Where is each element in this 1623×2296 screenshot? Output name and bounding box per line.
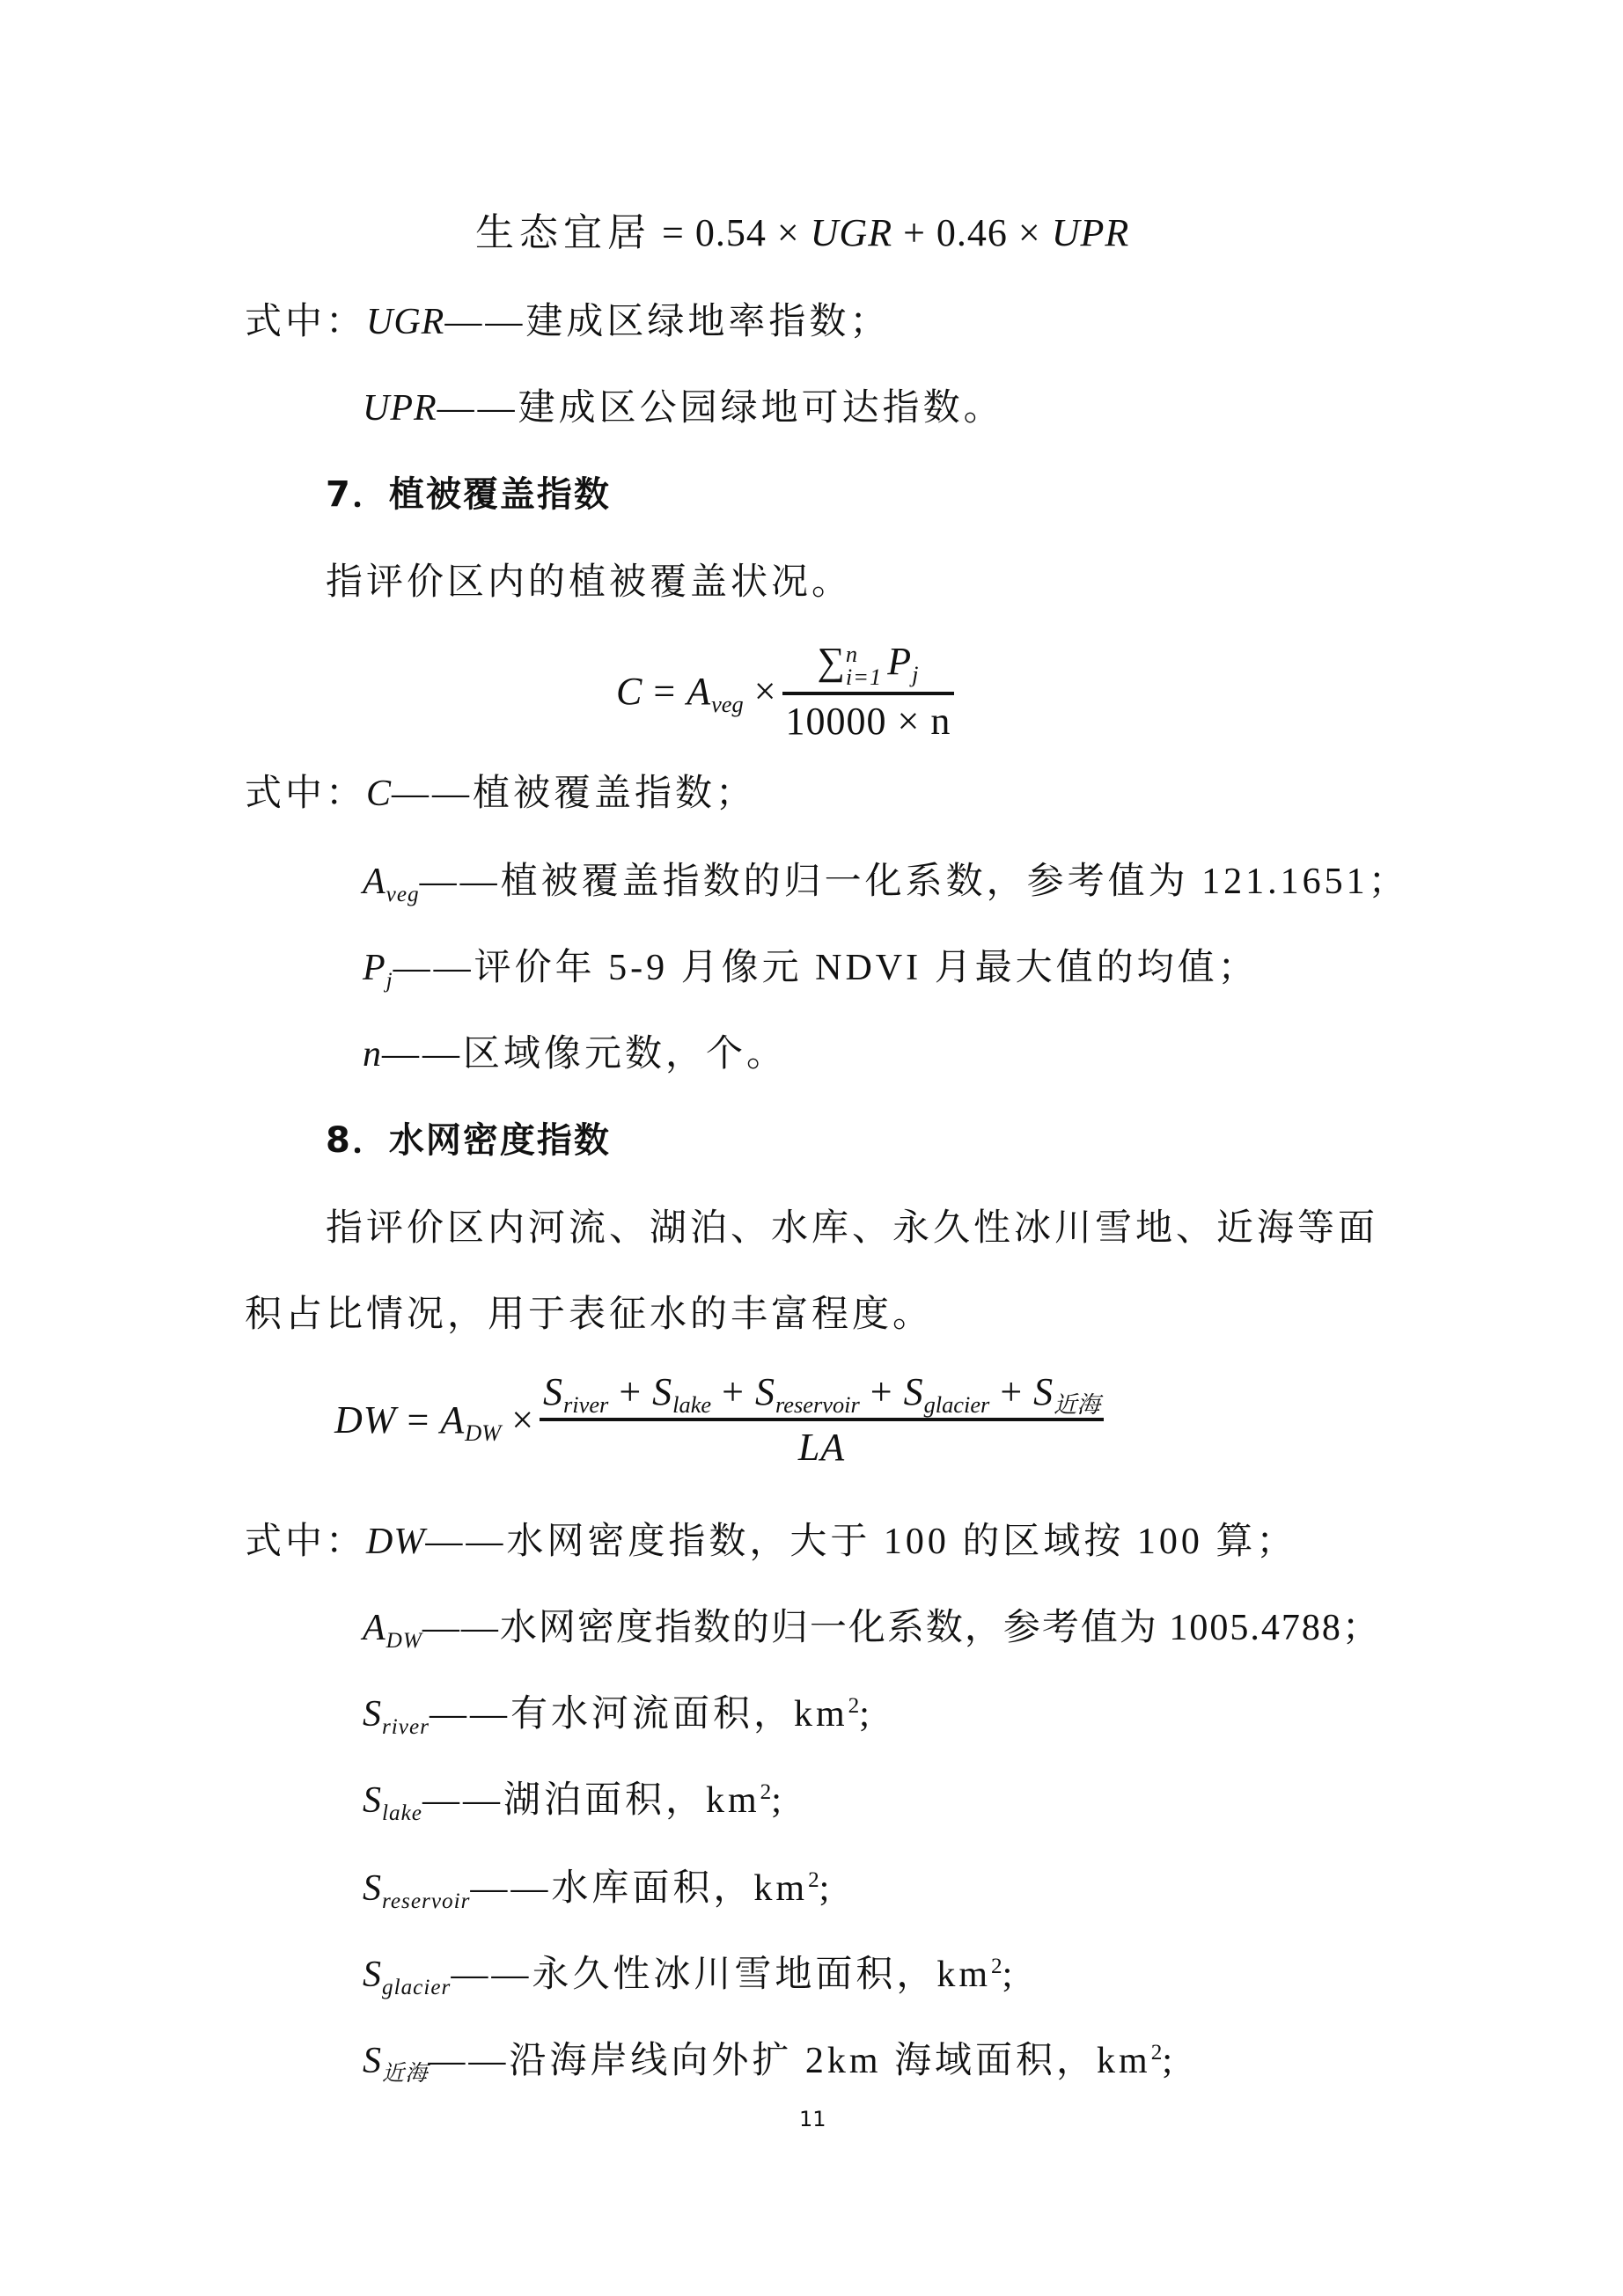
section-8-def-sreservoir: Sreservoir——水库面积，km2; (363, 1864, 833, 1913)
section-7-def-c: 式中：C——植被覆盖指数； (245, 769, 756, 818)
section-7-def-n: n——区域像元数，个。 (363, 1030, 787, 1079)
section-8-def-dw: 式中：DW——水网密度指数，大于 100 的区域按 100 算； (245, 1517, 1296, 1566)
vegetation-fraction: ∑ni=1Pj 10000 × n (782, 639, 955, 744)
document-page: 生态宜居 = 0.54 × UGR + 0.46 × UPR 式中：UGR——建… (0, 0, 1623, 2296)
section-7-desc: 指评价区内的植被覆盖状况。 (326, 558, 852, 607)
water-fraction: Sriver + Slake + Sreservoir + Sglacier +… (540, 1369, 1104, 1470)
section-8-def-sriver: Sriver——有水河流面积，km2; (363, 1690, 873, 1739)
section-7-heading: 7．植被覆盖指数 (326, 470, 611, 519)
formula-eco-livable: 生态宜居 = 0.54 × UGR + 0.46 × UPR (475, 201, 1129, 257)
section-8-desc-line1: 指评价区内河流、湖泊、水库、永久性冰川雪地、近海等面 (326, 1204, 1378, 1253)
formula-lhs: 生态宜居 (475, 211, 651, 254)
eco-def-ugr: 式中：UGR——建成区绿地率指数； (245, 297, 890, 347)
eco-def-upr: UPR——建成区公园绿地可达指数。 (363, 384, 1004, 433)
section-8-def-adw: ADW——水网密度指数的归一化系数，参考值为 1005.4788； (363, 1603, 1381, 1653)
section-8-desc-line2: 积占比情况，用于表征水的丰富程度。 (245, 1290, 933, 1339)
section-8-heading: 8．水网密度指数 (326, 1116, 611, 1165)
page-number: 11 (799, 2107, 826, 2131)
formula-water: DW = ADW × Sriver + Slake + Sreservoir +… (334, 1369, 1109, 1470)
section-7-def-pj: Pj——评价年 5-9 月像元 NDVI 月最大值的均值； (363, 943, 1259, 993)
section-7-def-aveg: Aveg——植被覆盖指数的归一化系数，参考值为 121.1651； (363, 857, 1409, 906)
section-8-def-slake: Slake——湖泊面积，km2; (363, 1776, 785, 1825)
section-8-def-sglacier: Sglacier——永久性冰川雪地面积，km2; (363, 1950, 1016, 1999)
section-8-def-snearsea: S近海——沿海岸线向外扩 2km 海域面积，km2; (363, 2036, 1176, 2086)
formula-vegetation: C = Aveg × ∑ni=1Pj 10000 × n (616, 639, 959, 744)
